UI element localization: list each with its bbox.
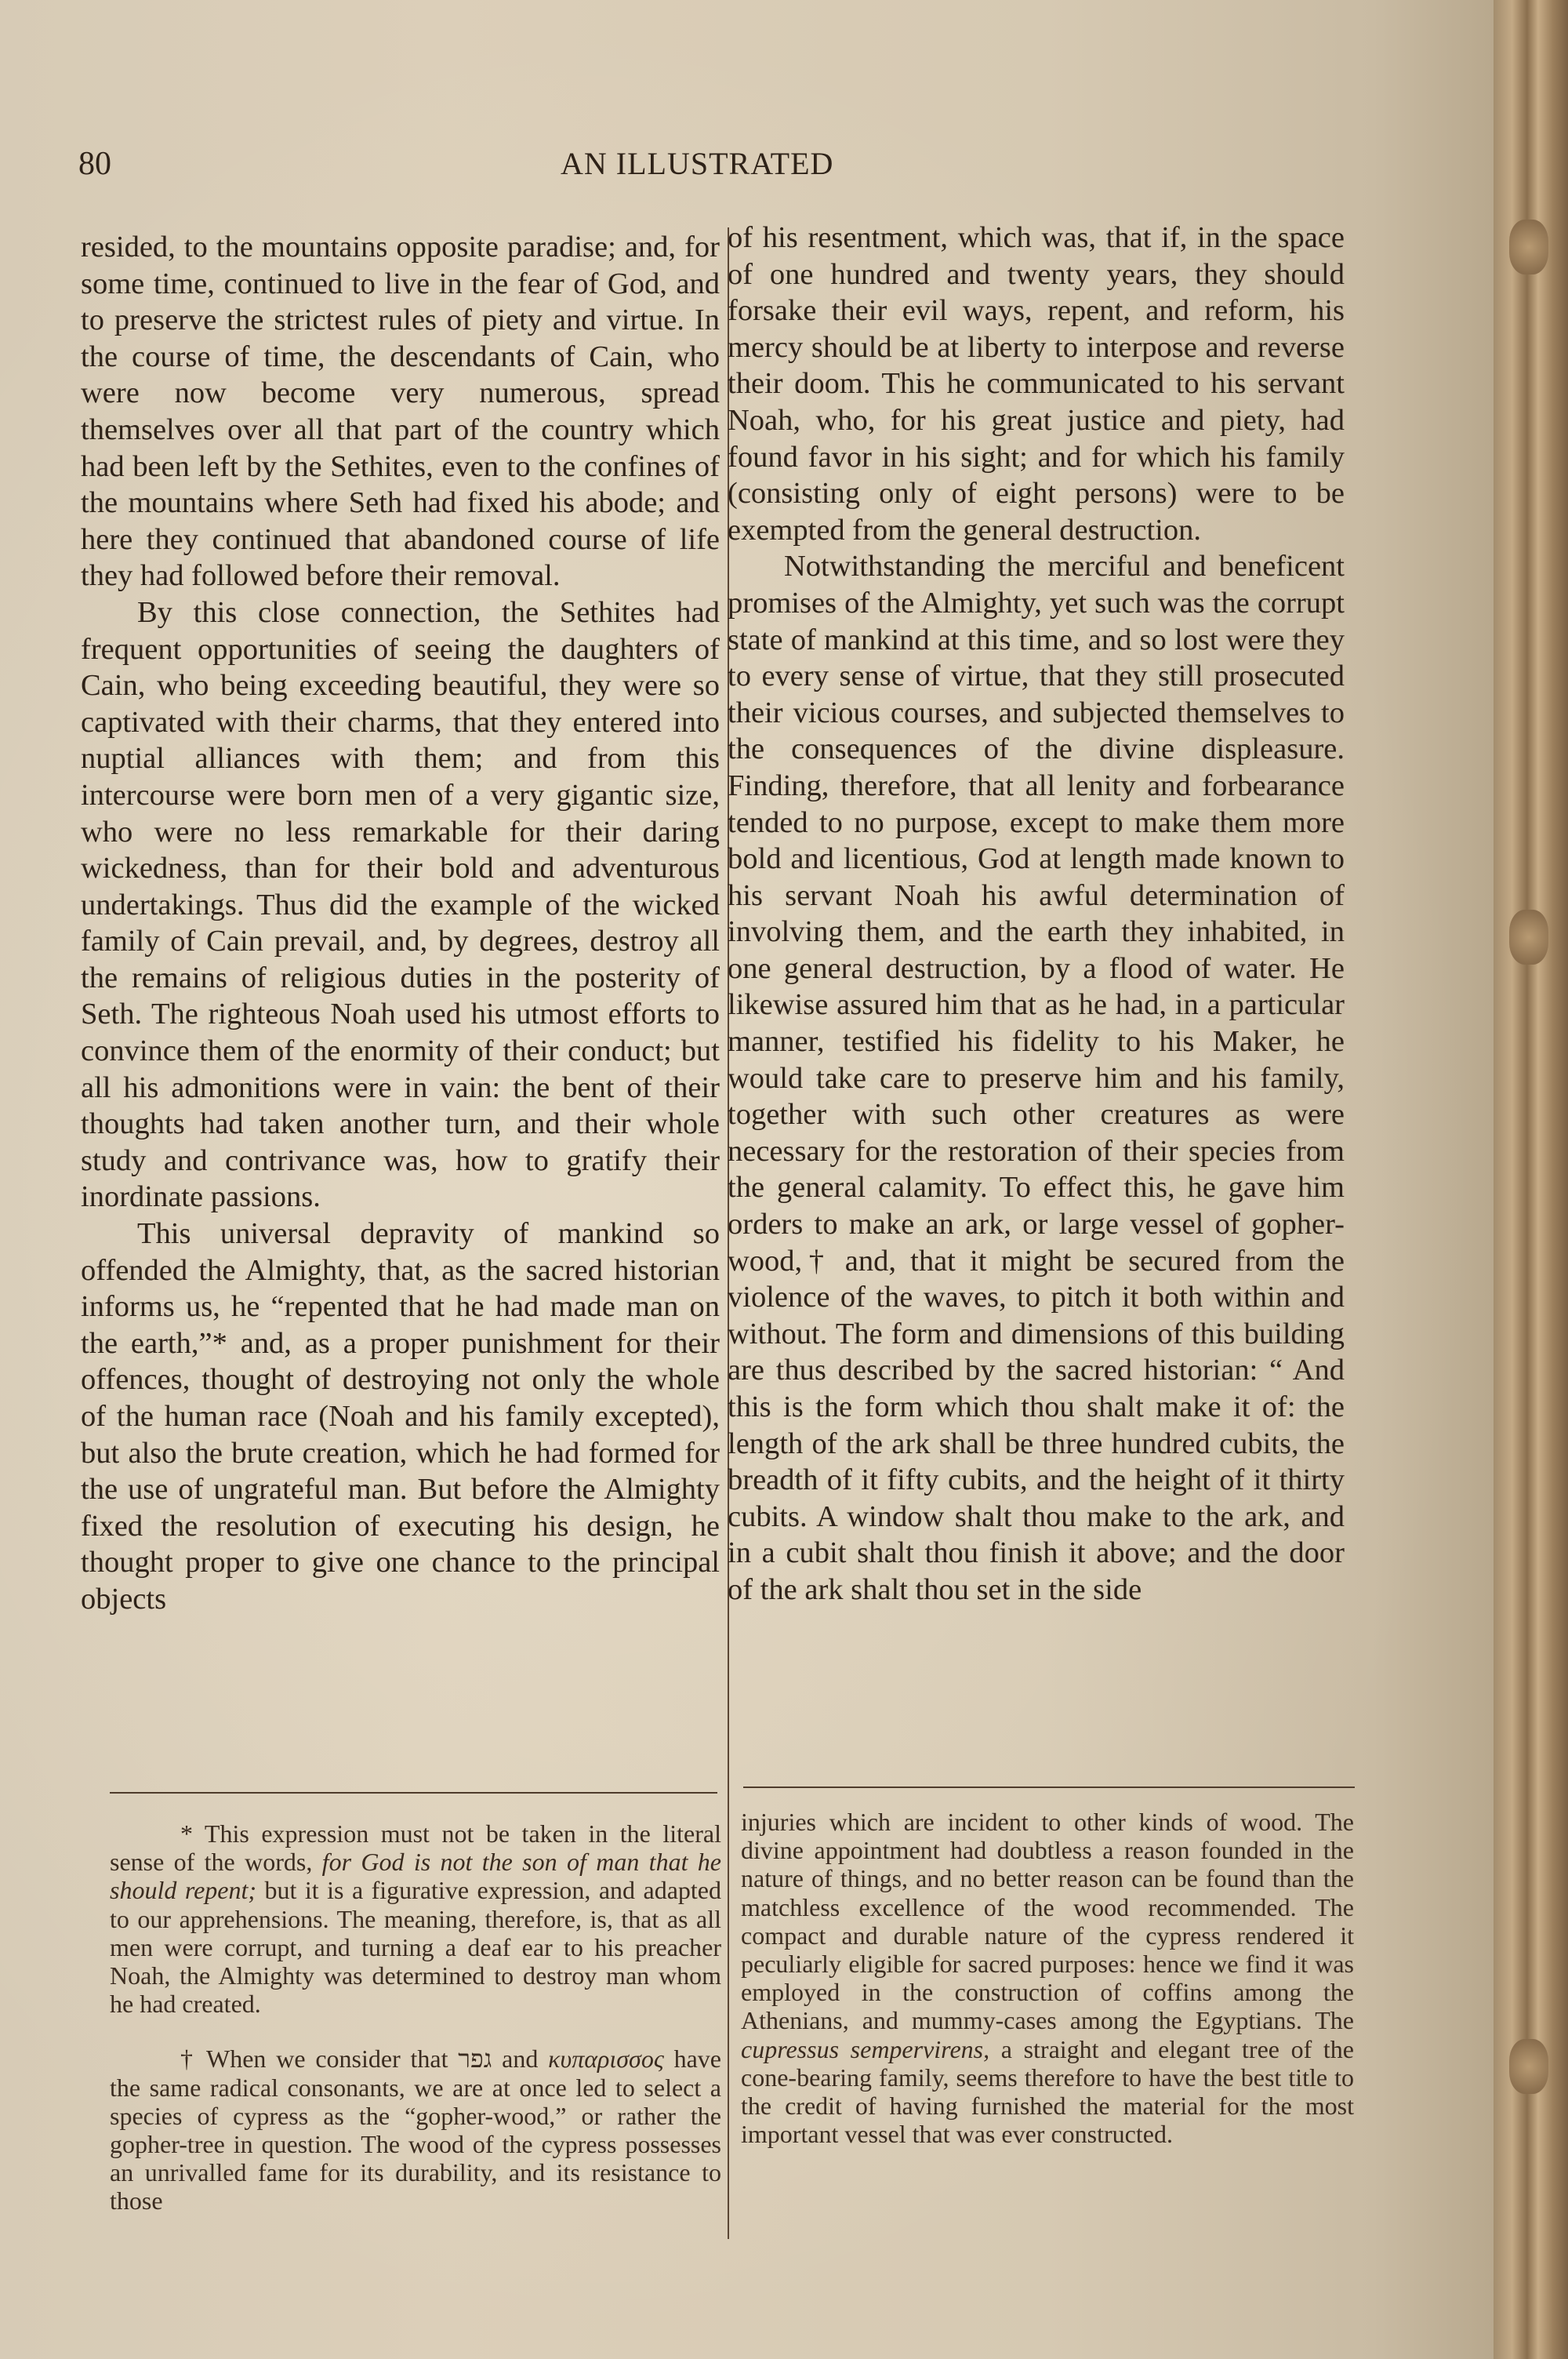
- footnote-text: injuries which are incident to other kin…: [741, 1808, 1354, 2034]
- hebrew-word: גפר: [458, 2045, 492, 2073]
- binding-knot: [1509, 910, 1548, 965]
- footnote-dagger: † When we consider that גפר and κυπαρισσ…: [110, 2045, 721, 2215]
- binding-knot: [1509, 2039, 1548, 2094]
- paragraph: of his resentment, which was, that if, i…: [728, 220, 1345, 548]
- paragraph: By this close connection, the Sethites h…: [81, 594, 720, 1216]
- footnote-mark: †: [180, 2045, 197, 2073]
- paragraph: This universal depravity of mankind so o…: [81, 1216, 720, 1618]
- paragraph: resided, to the mountains opposite parad…: [81, 229, 720, 594]
- book-binding: [1494, 0, 1568, 2359]
- footnote-dagger-continued: injuries which are incident to other kin…: [741, 1808, 1354, 2148]
- greek-word: κυπαρισσος: [548, 2045, 664, 2073]
- running-head: AN ILLUSTRATED: [561, 145, 833, 182]
- footnote-rule: [110, 1792, 717, 1794]
- right-column: of his resentment, which was, that if, i…: [728, 220, 1345, 1608]
- footnote-rule: [743, 1787, 1355, 1788]
- footnote-asterisk: * This expression must not be taken in t…: [110, 1819, 721, 2018]
- footnote-mark: *: [180, 1819, 193, 1848]
- footnote-text: and: [492, 2045, 548, 2073]
- footnotes-left: * This expression must not be taken in t…: [110, 1819, 721, 2215]
- binding-knot: [1509, 220, 1548, 274]
- paragraph: Notwithstanding the merciful and benefic…: [728, 548, 1345, 1608]
- left-column: resided, to the mountains opposite parad…: [81, 229, 720, 1618]
- page-number: 80: [78, 145, 111, 183]
- page-header: 80 AN ILLUSTRATED: [78, 145, 1364, 192]
- footnote-text: When we consider that: [197, 2045, 459, 2073]
- footnote-italic-text: cupressus sempervirens,: [741, 2035, 989, 2063]
- footnotes-right: injuries which are incident to other kin…: [741, 1808, 1354, 2148]
